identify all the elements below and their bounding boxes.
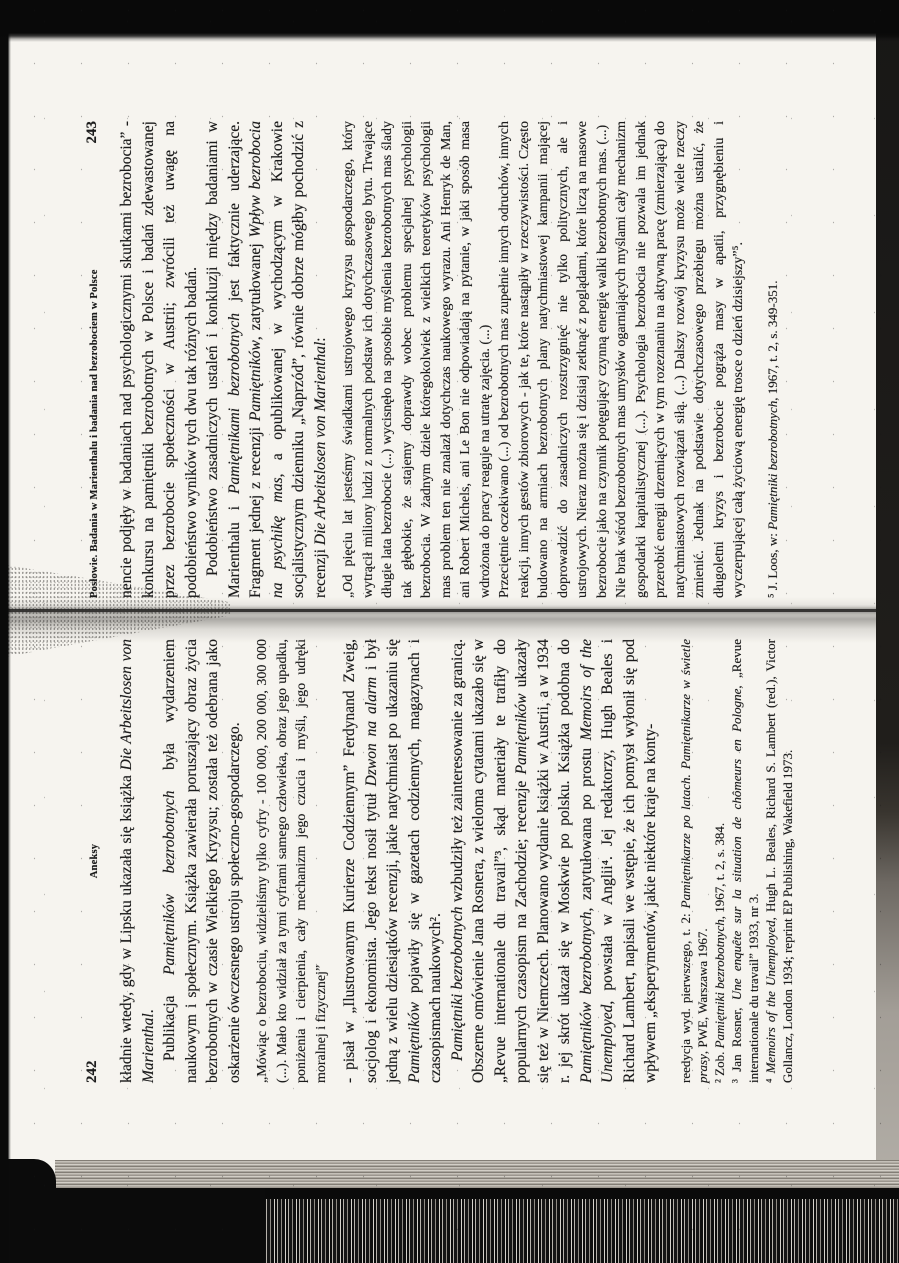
book-gutter-shadow [0, 597, 899, 643]
book-gutter-crease-line [0, 610, 899, 613]
paragraph: kładnie wtedy, gdy w Lipsku ukazała się … [116, 639, 159, 1083]
footnote-4: ⁴ Memoirs of the Unemployed, Hugh L. Bea… [762, 639, 796, 1083]
page-242: 242 Aneksy kładnie wtedy, gdy w Lipsku u… [86, 639, 796, 1083]
footnote-3: ³ Jan Rosner, Une enquête sur la situati… [728, 639, 762, 1083]
paragraph: Publikacja Pamiętników bezrobotnych była… [159, 639, 245, 1083]
scan-corner-black [0, 1188, 265, 1263]
footnote-2: ² Zob. Pamiętniki bezrobotnych, 1967, t.… [711, 639, 728, 1083]
paragraph: Pamiętniki bezrobotnych wzbudziły też za… [447, 639, 662, 1083]
book-spread-scan: 242 Aneksy kładnie wtedy, gdy w Lipsku u… [0, 0, 899, 1263]
quote-paragraph: „Mówiąc o bezrobociu, widzieliśmy tylko … [253, 639, 331, 1083]
scan-border-right [0, 0, 899, 42]
running-head-recto: Posłowie. Badania w Marienthalu i badani… [86, 121, 104, 598]
page-number-242: 242 [84, 1061, 101, 1084]
quote-paragraph: Nie brak wśród bezrobotnych mas umysłów … [612, 121, 749, 598]
paragraph: nencie podjęły w badaniach nad psycholog… [116, 121, 202, 598]
running-head-verso: 242 Aneksy [86, 639, 104, 1083]
scan-edge-dark-strip [0, 1188, 899, 1199]
quote-paragraph: „Od pięciu lat jesteśmy świadkami ustroj… [339, 121, 495, 598]
page-number-243: 243 [84, 121, 101, 144]
footnotes-block: ⁵ J. Loos, w: Pamiętniki bezrobotnych, 1… [764, 121, 781, 598]
quote-paragraph: Przeciętnie oczekiwano (...) od bezrobot… [495, 121, 612, 598]
page-243: Posłowie. Badania w Marienthalu i badani… [86, 121, 781, 598]
running-head-title: Aneksy [86, 639, 100, 1083]
footnotes-block: reedycja wyd. pierwszego, t. 2: Pamiętni… [677, 639, 796, 1083]
scanned-document-screenshot: { "book_spread": { "orientation_note": "… [0, 0, 899, 1263]
scan-border-bottom [876, 0, 899, 1263]
scan-corner-black [0, 1159, 56, 1263]
page-edge-gray-band [55, 1160, 899, 1188]
scan-border-top [0, 0, 11, 1263]
paragraph: - pisał w „Ilustrowanym Kurierze Codzien… [339, 639, 447, 1083]
footnote-continuation: reedycja wyd. pierwszego, t. 2: Pamiętni… [677, 639, 711, 1083]
footnote-5: ⁵ J. Loos, w: Pamiętniki bezrobotnych, 1… [764, 121, 781, 598]
book-page-edge-stripes [0, 1199, 899, 1263]
paragraph: Podobieństwo zasadniczych ustaleń i konk… [202, 121, 331, 598]
running-head-title: Posłowie. Badania w Marienthalu i badani… [89, 269, 100, 598]
